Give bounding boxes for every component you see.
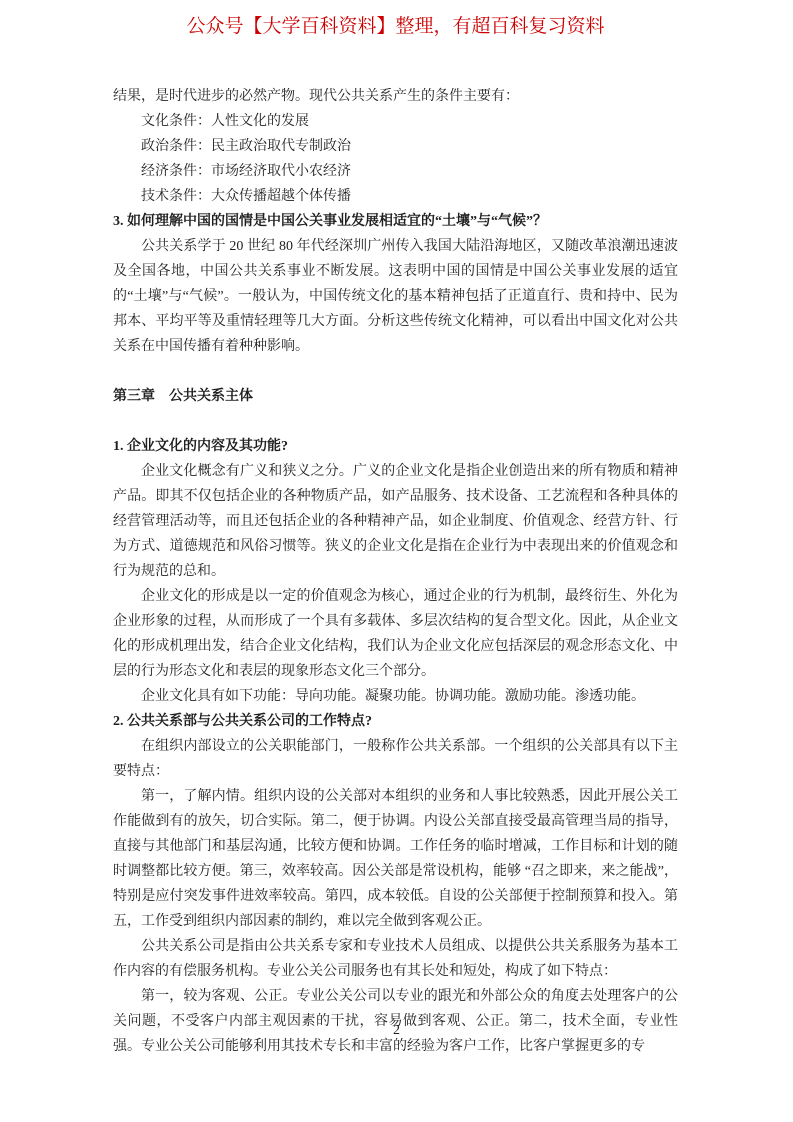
condition-line: 政治条件：民主政治取代专制政治 — [113, 134, 678, 159]
blank-line — [113, 409, 678, 434]
paragraph: 公共关系学于 20 世纪 80 年代经深圳广州传入我国大陆沿海地区，又随改革浪潮… — [113, 234, 678, 359]
paragraph: 企业文化概念有广义和狭义之分。广义的企业文化是指企业创造出来的所有物质和精神产品… — [113, 459, 678, 584]
question-heading: 3. 如何理解中国的国情是中国公关事业发展相适宜的“土壤”与“气候”？ — [113, 209, 678, 234]
question-heading: 2. 公共关系部与公共关系公司的工作特点? — [113, 709, 678, 734]
page-number: 2 — [0, 1018, 793, 1043]
blank-line — [113, 359, 678, 384]
page-header: 公众号【大学百科资料】整理，有超百科复习资料 — [113, 14, 678, 40]
document-page: 公众号【大学百科资料】整理，有超百科复习资料 结果，是时代进步的必然产物。现代公… — [0, 0, 793, 1122]
paragraph: 企业文化具有如下功能：导向功能。凝聚功能。协调功能。激励功能。渗透功能。 — [113, 684, 678, 709]
paragraph: 企业文化的形成是以一定的价值观念为核心，通过企业的行为机制，最终衍生、外化为企业… — [113, 584, 678, 684]
condition-line: 技术条件：大众传播超越个体传播 — [113, 184, 678, 209]
document-body: 结果，是时代进步的必然产物。现代公共关系产生的条件主要有：文化条件：人性文化的发… — [113, 84, 678, 1059]
paragraph: 公共关系公司是指由公共关系专家和专业技术人员组成、以提供公共关系服务为基本工作内… — [113, 934, 678, 984]
paragraph: 结果，是时代进步的必然产物。现代公共关系产生的条件主要有： — [113, 84, 678, 109]
paragraph: 在组织内部设立的公关职能部门，一般称作公共关系部。一个组织的公关部具有以下主要特… — [113, 734, 678, 784]
paragraph: 第一，了解内情。组织内设的公关部对本组织的业务和人事比较熟悉，因此开展公关工作能… — [113, 784, 678, 934]
chapter-heading: 第三章 公共关系主体 — [113, 384, 678, 409]
condition-line: 经济条件：市场经济取代小农经济 — [113, 159, 678, 184]
question-heading: 1. 企业文化的内容及其功能? — [113, 434, 678, 459]
condition-line: 文化条件：人性文化的发展 — [113, 109, 678, 134]
